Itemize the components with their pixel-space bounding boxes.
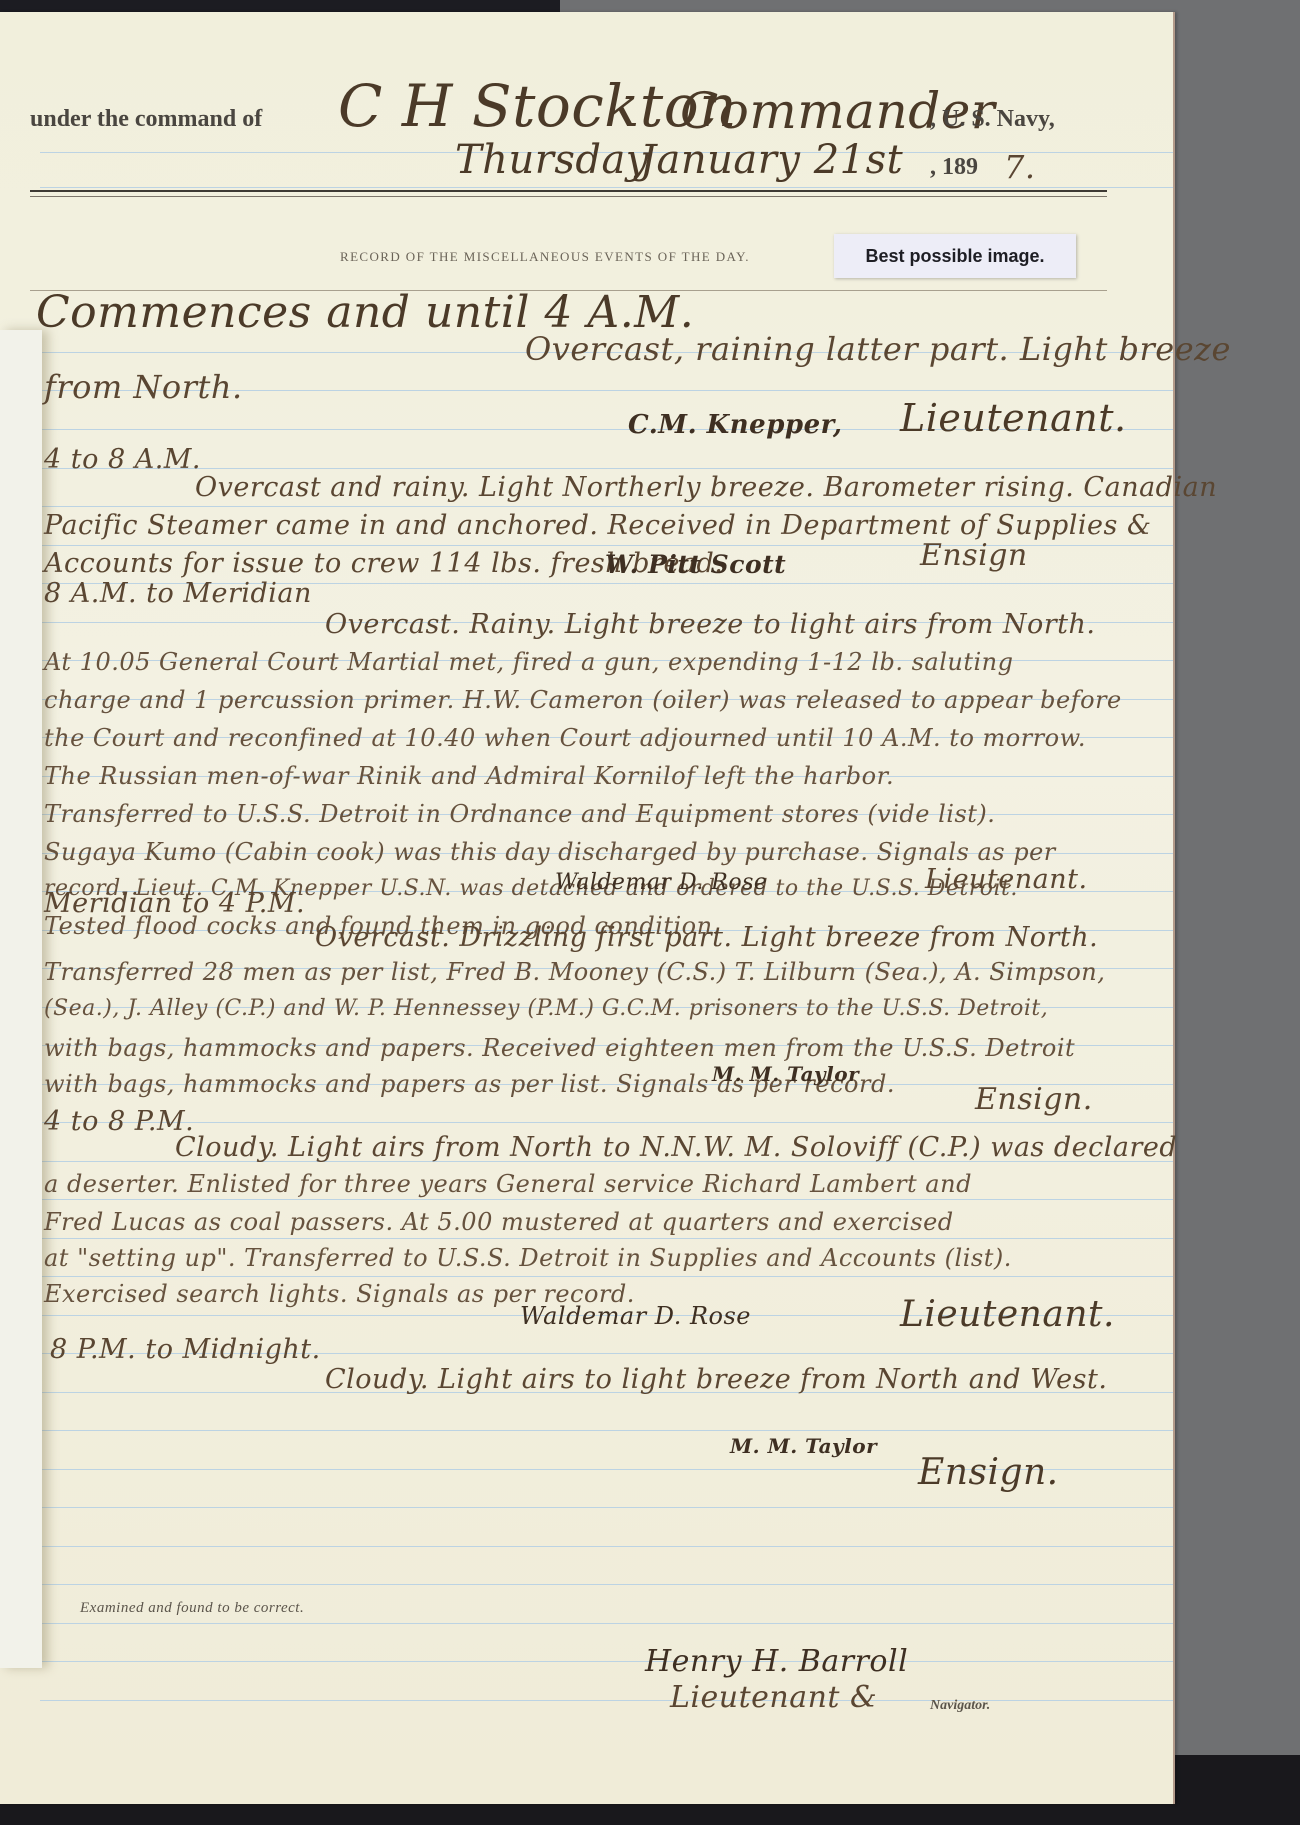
entry-line: at "setting up". Transferred to U.S.S. D… <box>44 1244 1012 1272</box>
entry-line: The Russian men-of-war Rinik and Admiral… <box>44 762 894 790</box>
logbook-page: under the command of C H Stockton Comman… <box>0 12 1175 1804</box>
signature: Waldemar D. Rose <box>555 870 767 895</box>
entry-line: Overcast. Drizzling first part. Light br… <box>315 922 1098 953</box>
navigator-rank-handwritten: Lieutenant & <box>670 1680 877 1715</box>
signature: M. M. Taylor <box>730 1434 877 1458</box>
watch-heading: 4 to 8 P.M. <box>44 1106 194 1137</box>
entry-line: Overcast. Rainy. Light breeze to light a… <box>325 609 1095 640</box>
entry-line: Transferred 28 men as per list, Fred B. … <box>44 958 1105 986</box>
navigator-label: Navigator. <box>930 1698 990 1714</box>
entry-line: At 10.05 General Court Martial met, fire… <box>44 648 1014 676</box>
record-title: RECORD OF THE MISCELLANEOUS EVENTS OF TH… <box>340 249 750 265</box>
watch-heading: 8 A.M. to Meridian <box>44 578 312 609</box>
year-suffix: 7. <box>1004 148 1036 186</box>
signer-rank: Ensign. <box>975 1082 1093 1117</box>
watch-heading: 8 P.M. to Midnight. <box>50 1334 321 1365</box>
signer-rank: Lieutenant. <box>925 864 1088 895</box>
navigator-signature: Henry H. Barroll <box>645 1644 908 1679</box>
date-day: Thursday <box>455 137 649 183</box>
scan-background-top <box>0 0 560 12</box>
signer-rank: Lieutenant. <box>900 396 1127 440</box>
signature: C.M. Knepper, <box>628 410 842 440</box>
signer-rank: Lieutenant. <box>900 1294 1115 1335</box>
commander-name: C H Stockton <box>338 72 737 140</box>
watch-heading: 4 to 8 A.M. <box>44 444 201 475</box>
entry-line: charge and 1 percussion primer. H.W. Cam… <box>44 686 1122 714</box>
signer-rank: Ensign <box>920 538 1028 573</box>
overlapping-sheet <box>0 330 42 1668</box>
entry-line: Cloudy. Light airs to light breeze from … <box>325 1364 1107 1395</box>
header-divider <box>30 190 1107 197</box>
entry-line: Pacific Steamer came in and anchored. Re… <box>44 510 1151 541</box>
date-month-day: January 21st <box>640 137 903 183</box>
entry-line: Fred Lucas as coal passers. At 5.00 must… <box>44 1208 954 1236</box>
entry-line: Overcast and rainy. Light Northerly bree… <box>195 472 1217 503</box>
entry-line: with bags, hammocks and papers. Received… <box>44 1034 1075 1062</box>
signature: M. M. Taylor <box>712 1062 859 1086</box>
entry-line: a deserter. Enlisted for three years Gen… <box>44 1170 972 1198</box>
entry-line: Transferred to U.S.S. Detroit in Ordnanc… <box>44 800 995 828</box>
navy-label: , U. S. Navy, <box>930 106 1055 133</box>
entry-line: Cloudy. Light airs from North to N.N.W. … <box>175 1132 1177 1163</box>
entry-line: the Court and reconfined at 10.40 when C… <box>44 724 1086 752</box>
entry-line: Overcast, raining latter part. Light bre… <box>525 330 1231 368</box>
signature: W. Pitt Scott <box>605 550 786 579</box>
entry-line: (Sea.), J. Alley (C.P.) and W. P. Hennes… <box>44 996 1048 1021</box>
command-prefix: under the command of <box>30 106 262 133</box>
best-image-stamp: Best possible image. <box>834 234 1076 278</box>
signer-rank: Ensign. <box>918 1452 1059 1493</box>
examined-statement: Examined and found to be correct. <box>80 1600 304 1617</box>
signature: Waldemar D. Rose <box>520 1302 751 1330</box>
entry-line: from North. <box>44 368 243 406</box>
year-prefix: , 189 <box>930 154 978 181</box>
entry-line: Sugaya Kumo (Cabin cook) was this day di… <box>44 838 1056 866</box>
watch-heading: Meridian to 4 P.M. <box>44 888 305 919</box>
